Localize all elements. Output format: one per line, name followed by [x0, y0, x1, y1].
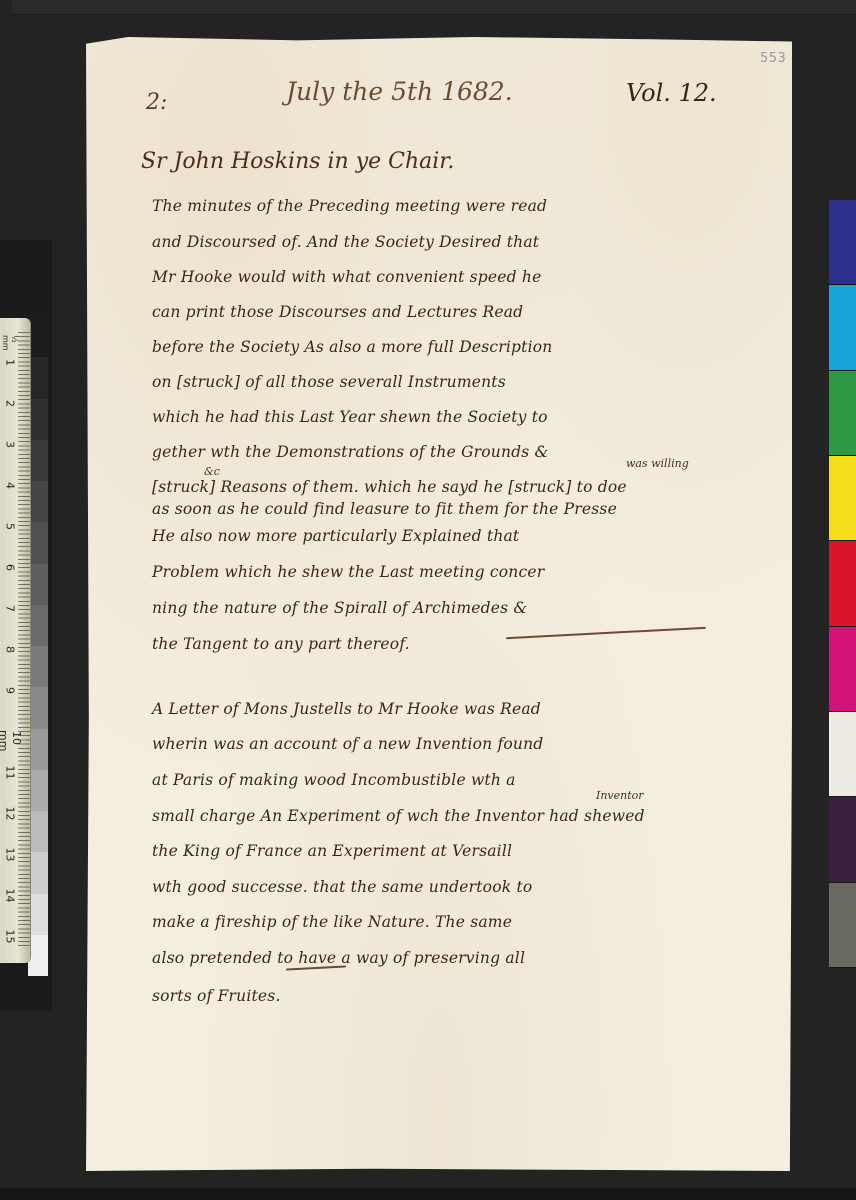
color-swatch-blue — [829, 200, 856, 285]
manuscript-line: wth good successe. that the same underto… — [152, 878, 532, 896]
ruler-label: 12 — [4, 806, 17, 822]
color-swatch-purple — [829, 797, 856, 882]
manuscript-line: The minutes of the Preceding meeting wer… — [152, 197, 547, 215]
color-swatch-red — [829, 541, 856, 626]
interlinear-insertion: &c — [204, 465, 220, 478]
manuscript-line: at Paris of making wood Incombustible wt… — [152, 771, 516, 789]
separator-flourish — [506, 627, 706, 639]
gray-step — [28, 770, 48, 811]
gray-scale-strip — [28, 316, 48, 976]
manuscript-line: make a fireship of the like Nature. The … — [152, 913, 512, 931]
ruler-label: 2 — [4, 396, 17, 412]
gray-step — [28, 522, 48, 563]
manuscript-line: which he had this Last Year shewn the So… — [152, 408, 548, 426]
gray-step — [28, 729, 48, 770]
color-swatch-yellow — [829, 456, 856, 541]
manuscript-line: ning the nature of the Spirall of Archim… — [152, 599, 527, 617]
manuscript-line: [struck] Reasons of them. which he sayd … — [152, 478, 627, 496]
manuscript-line: wherin was an account of a new Invention… — [152, 735, 543, 753]
manuscript-line: A Letter of Mons Justells to Mr Hooke wa… — [152, 700, 541, 718]
ruler-label: 8 — [4, 642, 17, 658]
color-calibration-chart — [829, 200, 856, 968]
ruler-ticks — [18, 332, 30, 947]
gray-step — [28, 440, 48, 481]
manuscript-line: the King of France an Experiment at Vers… — [152, 842, 512, 860]
ruler-label: 6 — [4, 560, 17, 576]
gray-step — [28, 811, 48, 852]
manuscript-line: the Tangent to any part thereof. — [152, 635, 410, 653]
gray-step — [28, 399, 48, 440]
color-swatch-magenta — [829, 627, 856, 712]
ruler-label: 1 — [4, 355, 17, 371]
manuscript-line: before the Society As also a more full D… — [152, 338, 552, 356]
gray-step — [28, 687, 48, 728]
ruler-unit-label: ½ mm — [1, 335, 19, 355]
ruler-label: 13 — [4, 847, 17, 863]
ruler-label: 5 — [4, 519, 17, 535]
interlinear-insertion: Inventor — [596, 789, 644, 802]
gray-step — [28, 481, 48, 522]
ruler-label: 15 — [4, 929, 17, 945]
meeting-date: July the 5th 1682. — [286, 77, 513, 106]
manuscript-line: Problem which he shew the Last meeting c… — [152, 563, 544, 581]
manuscript-line: as soon as he could find leasure to fit … — [152, 500, 617, 518]
measurement-ruler: ½ mm 12345678910 mm1112131415 — [0, 318, 31, 963]
manuscript-line: on [struck] of all those severall Instru… — [152, 373, 506, 391]
ruler-label: 10 mm — [0, 730, 23, 746]
gray-step — [28, 605, 48, 646]
color-swatch-pattern — [829, 883, 856, 968]
folio-number: 553 — [760, 51, 786, 66]
manuscript-line: also pretended to have a way of preservi… — [152, 949, 525, 967]
ruler-label: 14 — [4, 888, 17, 904]
gray-step — [28, 357, 48, 398]
color-swatch-white — [829, 712, 856, 797]
interlinear-insertion: was willing — [626, 457, 689, 470]
manuscript-line: He also now more particularly Explained … — [152, 527, 519, 545]
ruler-label: 9 — [4, 683, 17, 699]
ruler-label: 3 — [4, 437, 17, 453]
gray-step — [28, 316, 48, 357]
ruler-label: 4 — [4, 478, 17, 494]
color-swatch-green — [829, 371, 856, 456]
mount-bottom-band — [0, 1188, 856, 1200]
manuscript-line: small charge An Experiment of wch the In… — [152, 807, 645, 825]
gray-step — [28, 852, 48, 893]
chair-line: Sr John Hoskins in ye Chair. — [141, 149, 454, 174]
color-swatch-cyan — [829, 285, 856, 370]
volume-label: Vol. 12. — [626, 79, 717, 107]
ruler-label: 7 — [4, 601, 17, 617]
gray-step — [28, 564, 48, 605]
gray-step — [28, 646, 48, 687]
manuscript-line: Mr Hooke would with what convenient spee… — [152, 268, 541, 286]
gray-step — [28, 935, 48, 976]
mount-top-band — [12, 0, 856, 15]
ruler-label: 11 — [4, 765, 17, 781]
page-number: 2: — [146, 90, 167, 115]
manuscript-page: 553 2: July the 5th 1682. Vol. 12. Sr Jo… — [86, 37, 792, 1171]
manuscript-line: sorts of Fruites. — [152, 987, 281, 1005]
manuscript-line: gether wth the Demonstrations of the Gro… — [152, 443, 549, 461]
manuscript-line: can print those Discourses and Lectures … — [152, 303, 523, 321]
manuscript-line: and Discoursed of. And the Society Desir… — [152, 233, 539, 251]
gray-step — [28, 894, 48, 935]
